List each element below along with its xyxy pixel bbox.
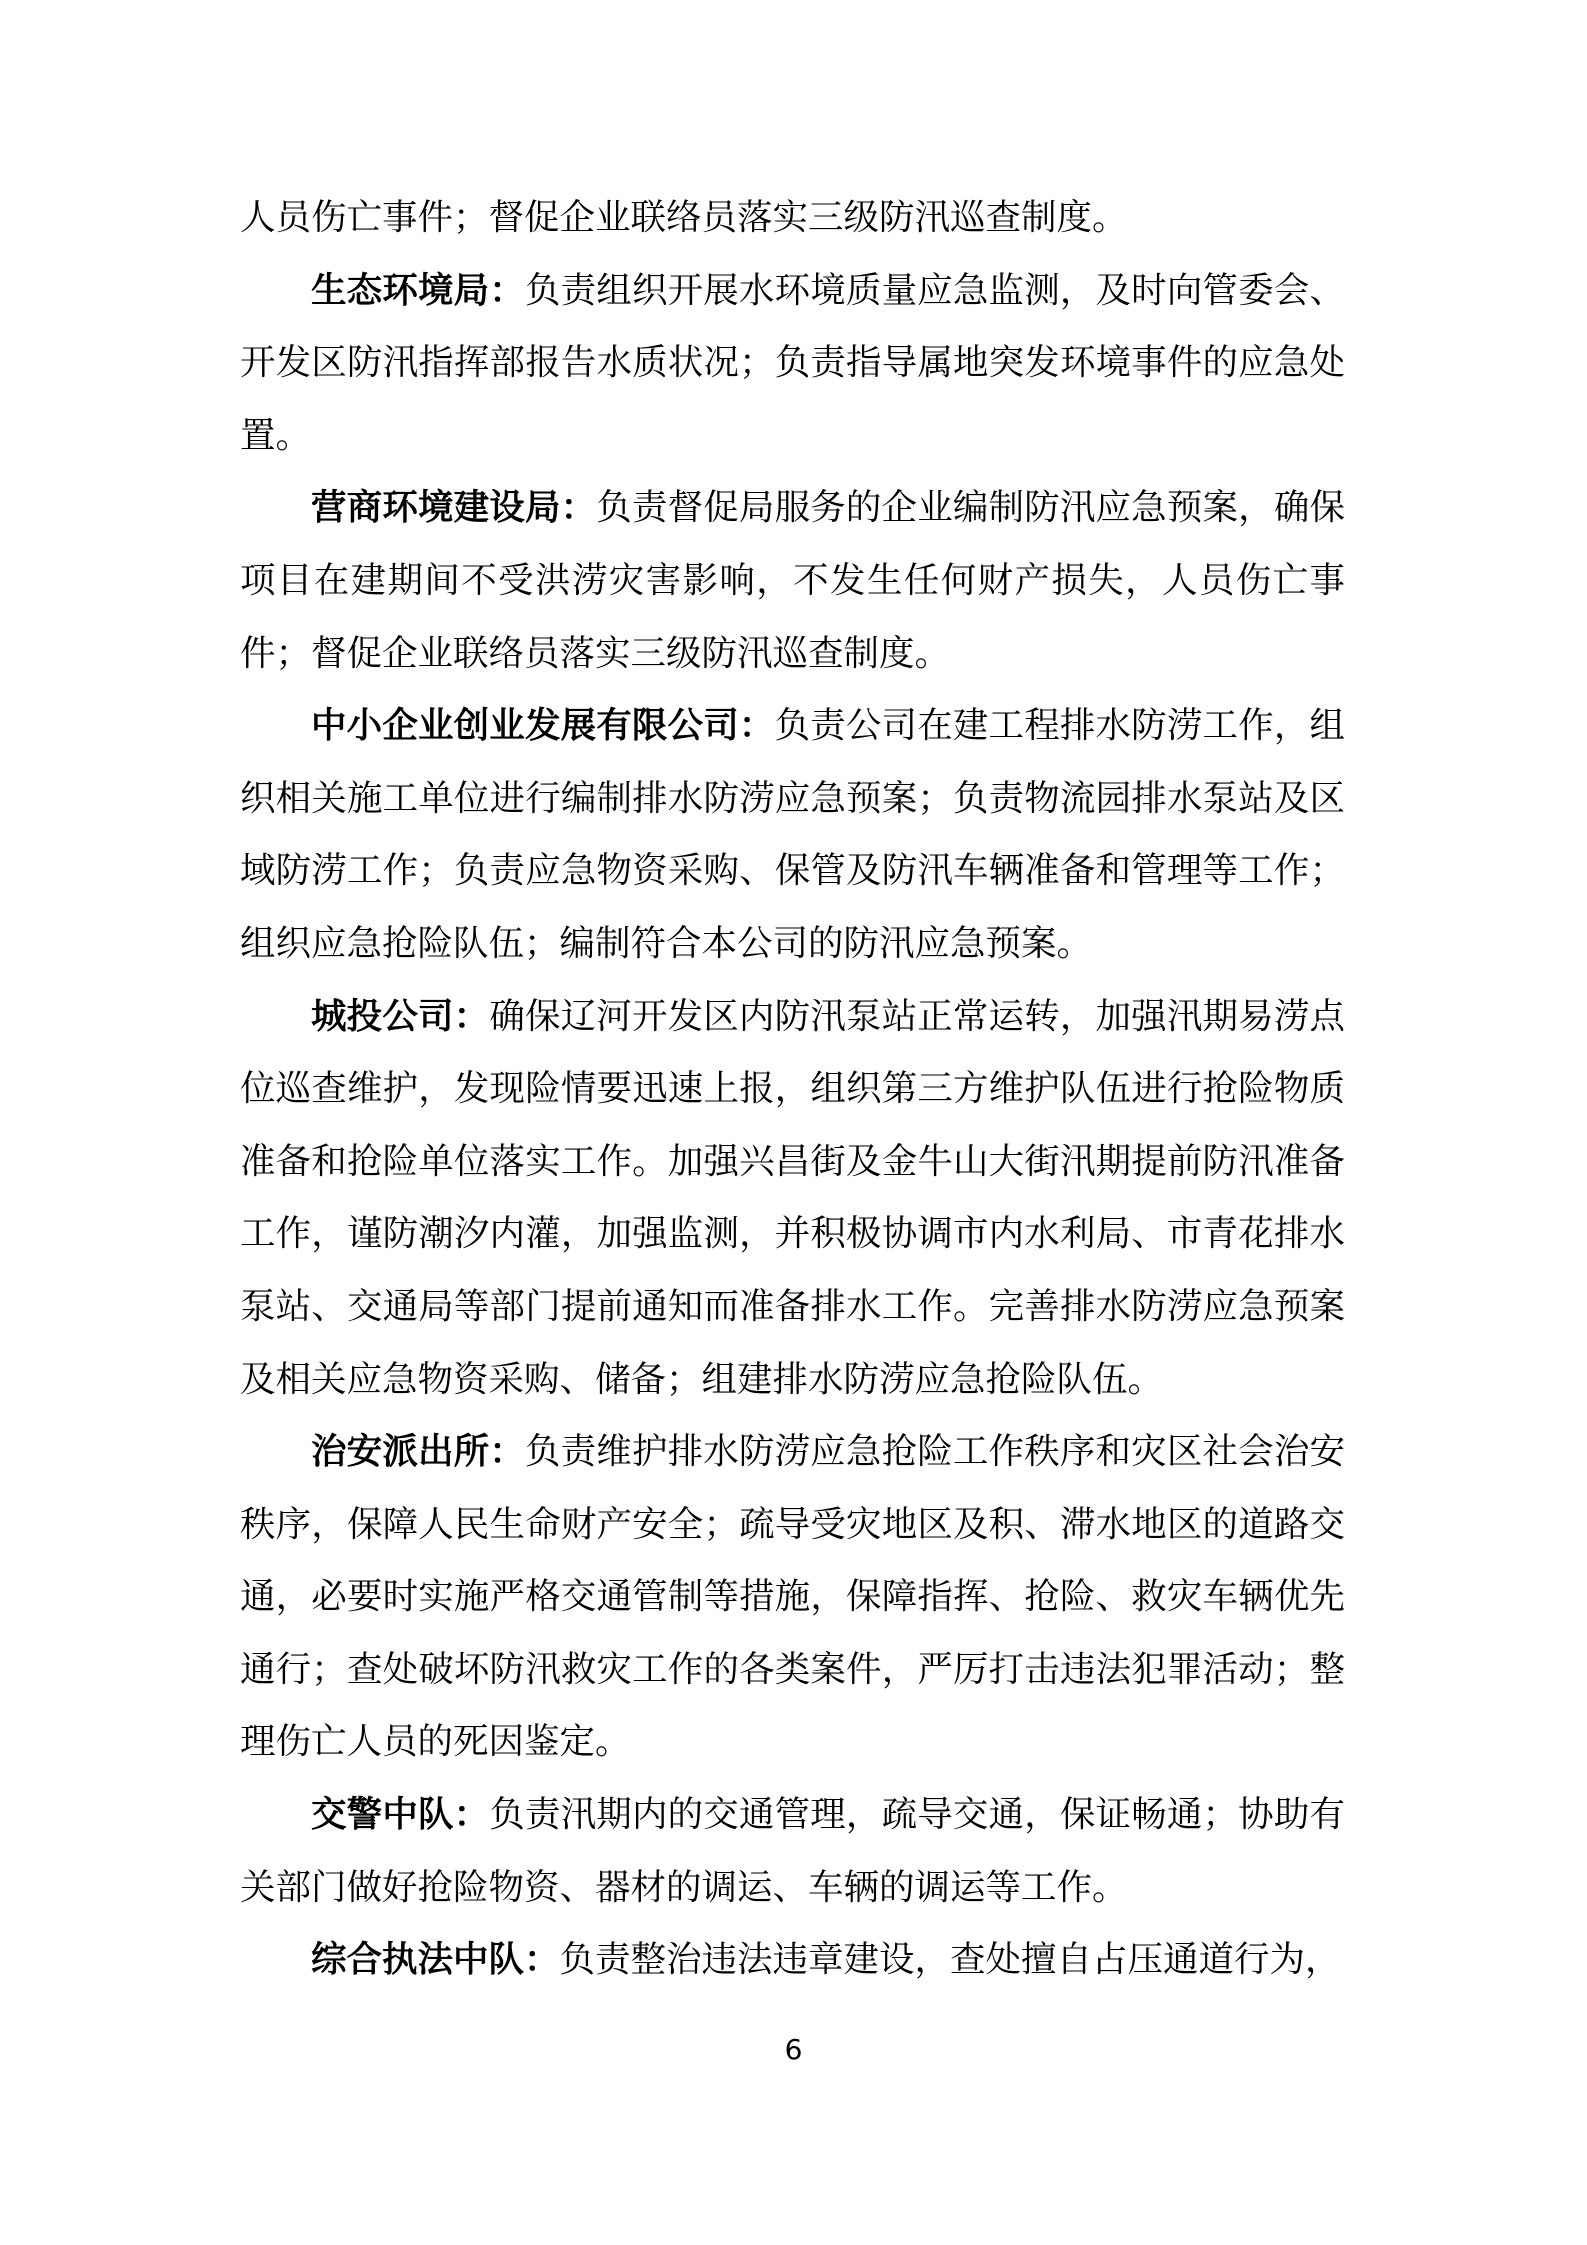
department-name: 交警中队： xyxy=(311,1794,489,1834)
paragraph: 治安派出所：负责维护排水防涝应急抢险工作秩序和灾区社会治安秩序，保障人民生命财产… xyxy=(240,1415,1345,1778)
department-name: 治安派出所： xyxy=(311,1431,525,1471)
paragraph: 交警中队：负责汛期内的交通管理，疏导交通，保证畅通；协助有关部门做好抢险物资、器… xyxy=(240,1778,1345,1923)
paragraph: 城投公司：确保辽河开发区内防汛泵站正常运转，加强汛期易涝点位巡查维护，发现险情要… xyxy=(240,980,1345,1416)
department-name: 中小企业创业发展有限公司： xyxy=(311,705,775,745)
paragraph: 人员伤亡事件；督促企业联络员落实三级防汛巡查制度。 xyxy=(240,181,1345,254)
paragraph: 综合执法中队：负责整治违法违章建设，查处擅自占压通道行为， xyxy=(240,1923,1345,1996)
department-name: 营商环境建设局： xyxy=(311,487,596,527)
page-number: 6 xyxy=(0,2034,1587,2066)
paragraph: 生态环境局：负责组织开展水环境质量应急监测，及时向管委会、开发区防汛指挥部报告水… xyxy=(240,254,1345,472)
department-name: 生态环境局： xyxy=(311,270,525,310)
department-name: 综合执法中队： xyxy=(311,1939,560,1979)
document-page: 人员伤亡事件；督促企业联络员落实三级防汛巡查制度。生态环境局：负责组织开展水环境… xyxy=(0,0,1587,2245)
document-body: 人员伤亡事件；督促企业联络员落实三级防汛巡查制度。生态环境局：负责组织开展水环境… xyxy=(240,181,1345,1996)
paragraph: 中小企业创业发展有限公司：负责公司在建工程排水防涝工作，组织相关施工单位进行编制… xyxy=(240,689,1345,979)
paragraph: 营商环境建设局：负责督促局服务的企业编制防汛应急预案，确保项目在建期间不受洪涝灾… xyxy=(240,471,1345,689)
department-name: 城投公司： xyxy=(311,996,489,1036)
